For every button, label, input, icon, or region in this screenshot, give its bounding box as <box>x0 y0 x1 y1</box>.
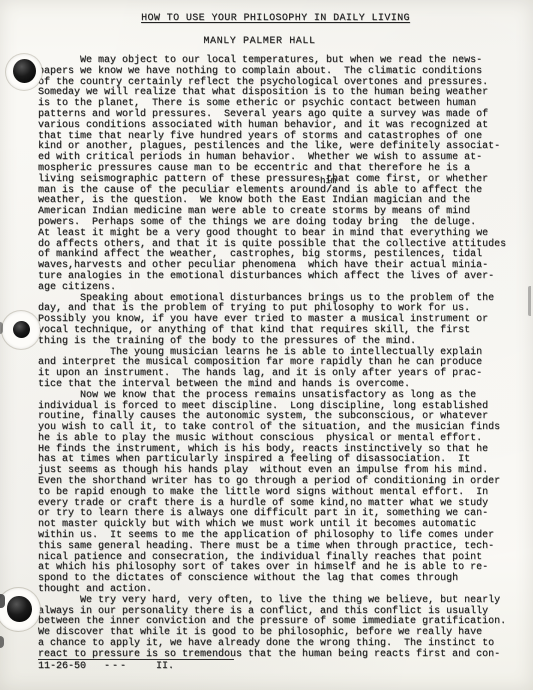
scan-edge-smudge <box>528 286 531 316</box>
hole-punch-bottom <box>0 588 40 631</box>
document-page: HOW TO USE YOUR PHILOSOPHY IN DAILY LIVI… <box>0 0 533 690</box>
hole-punch-middle-core <box>13 321 30 338</box>
scan-edge-smudge <box>0 636 4 648</box>
hole-punch-top <box>6 54 42 90</box>
page-footer: 11-26-50---II. <box>38 661 174 672</box>
underline-annotation <box>38 659 234 660</box>
hole-punch-middle <box>2 311 40 349</box>
page-title: HOW TO USE YOUR PHILOSOPHY IN DAILY LIVI… <box>18 13 533 24</box>
inserted-word: him <box>320 177 336 186</box>
hole-punch-bottom-core <box>7 596 32 622</box>
hole-punch-top-core <box>13 59 36 83</box>
author-byline: MANLY PALMER HALL <box>0 36 519 47</box>
footer-date: 11-26-50 <box>38 661 86 672</box>
body-text: We may object to our local temperatures,… <box>38 56 506 661</box>
footer-page-number: II. <box>156 661 174 672</box>
footer-separator: --- <box>104 661 128 672</box>
scan-edge-smudge <box>0 594 5 608</box>
scan-edge-smudge <box>0 322 3 334</box>
